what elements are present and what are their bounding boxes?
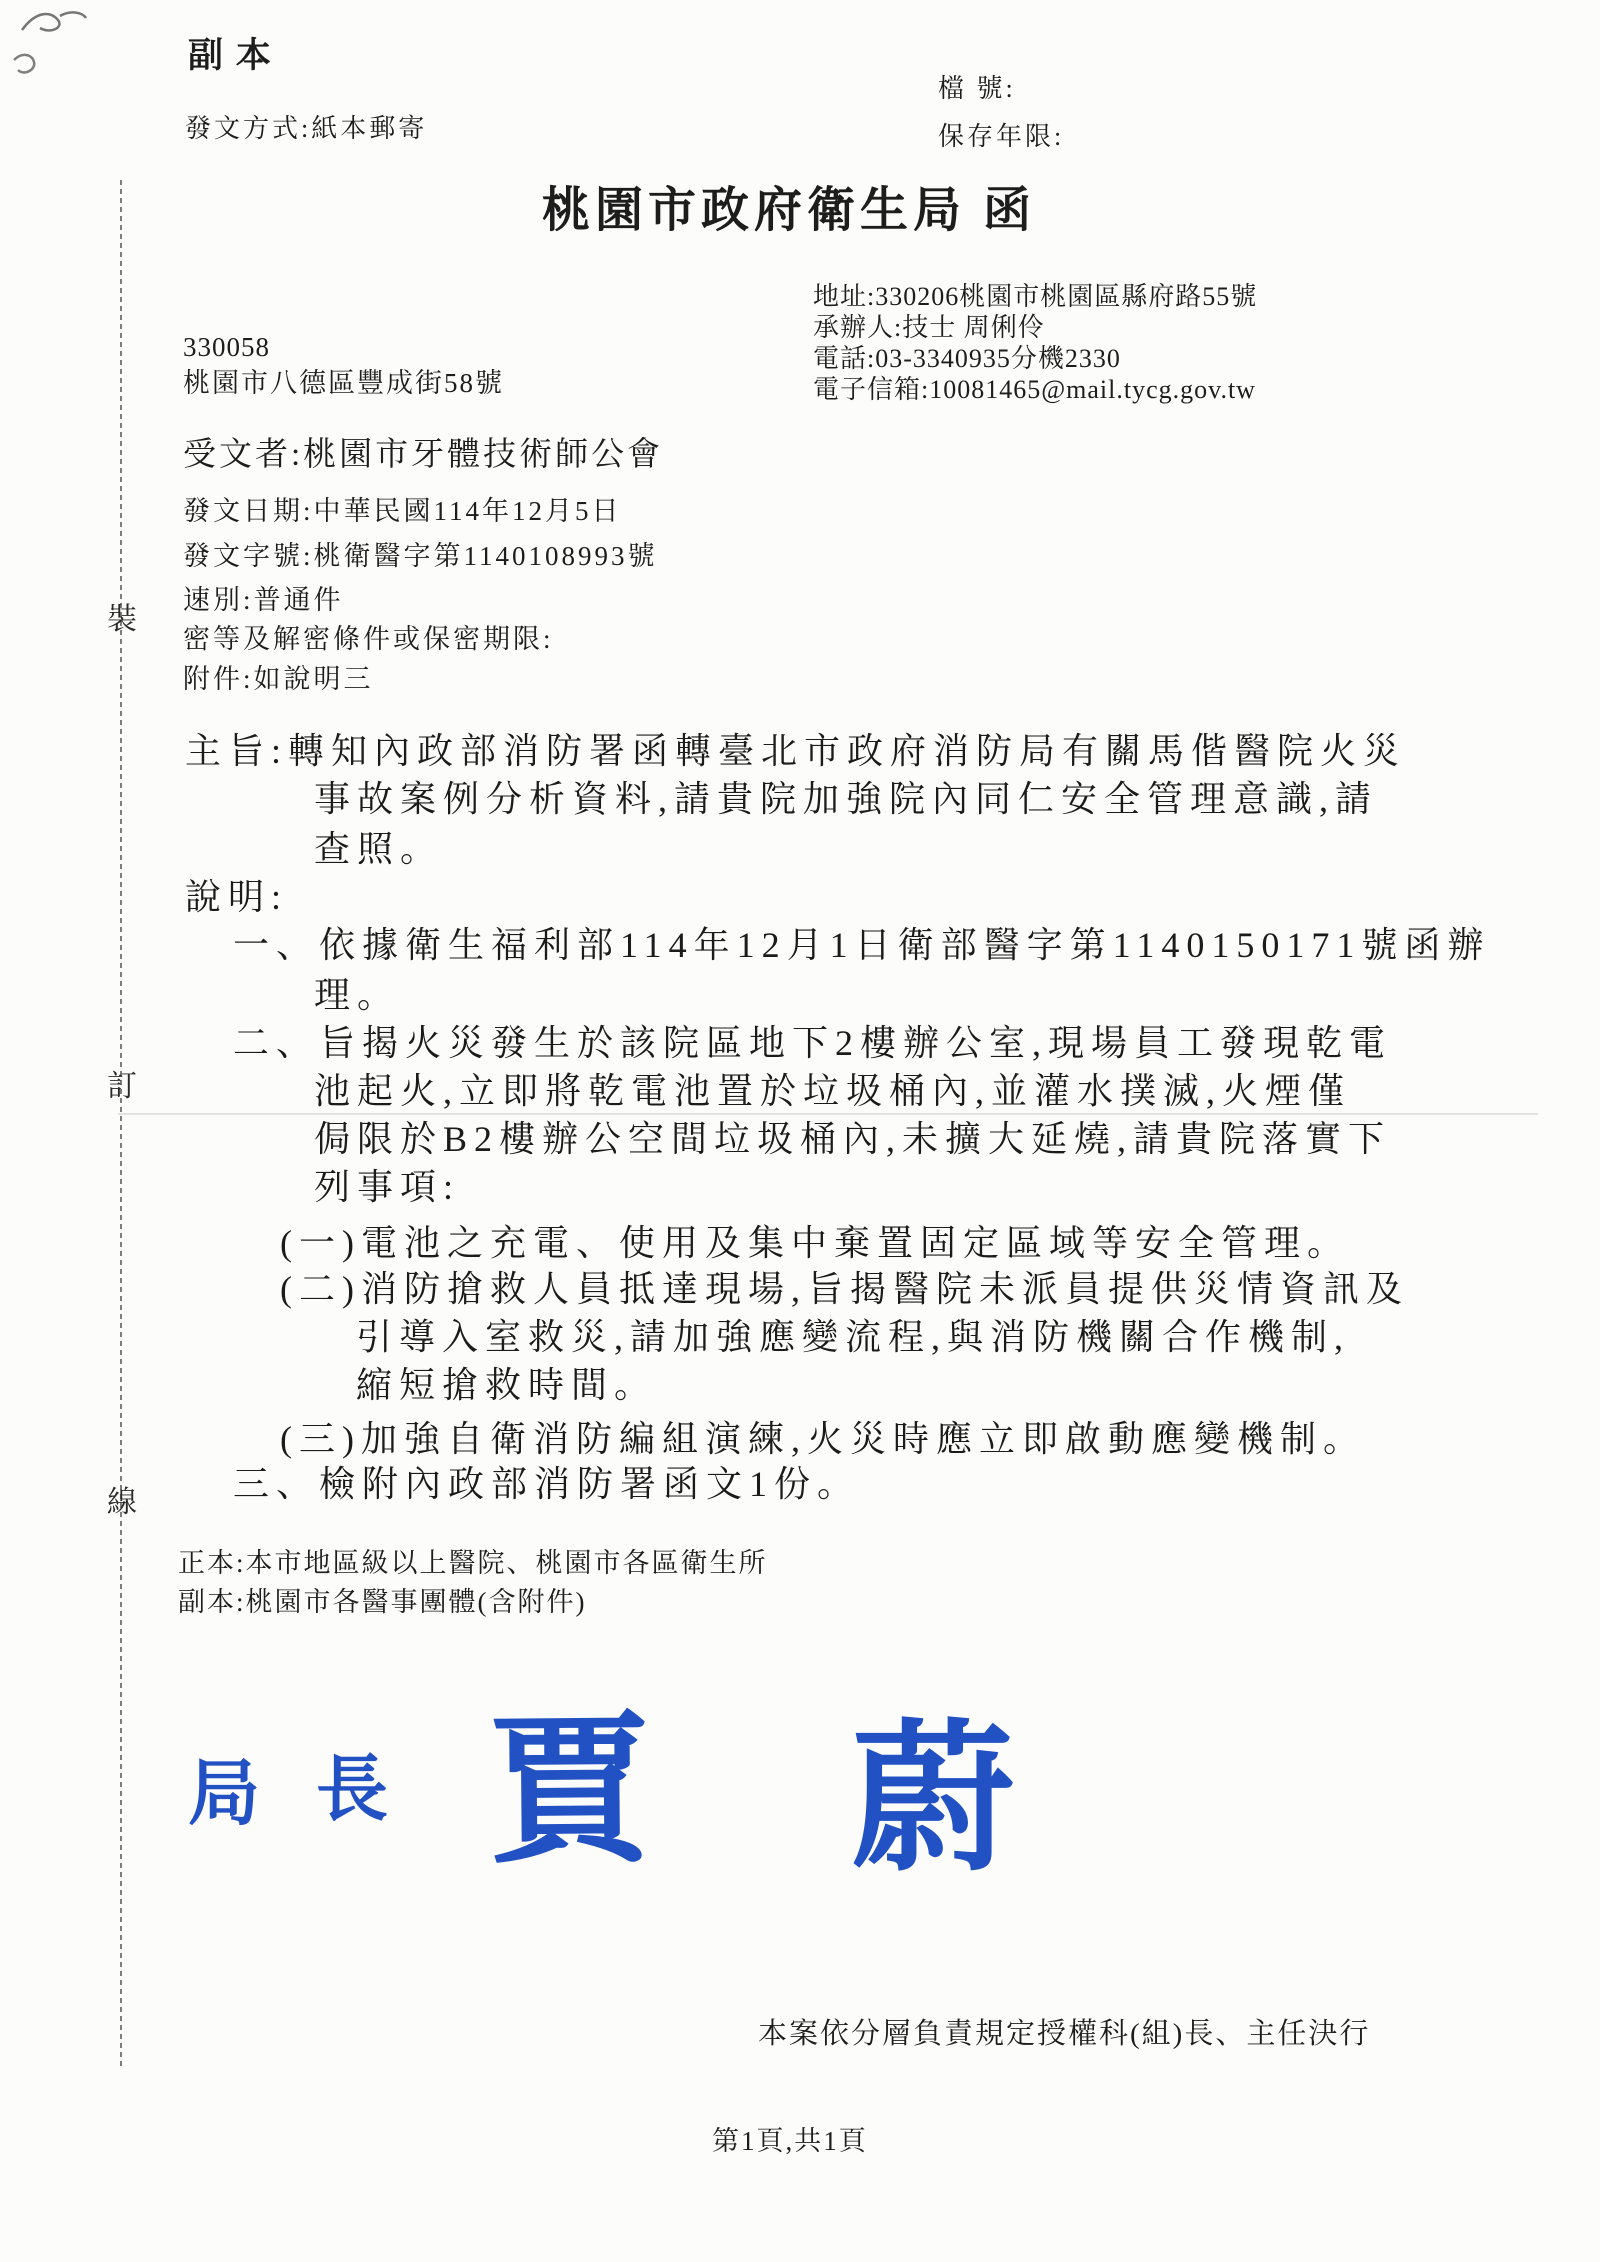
scan-artifact-streak [118,1113,1538,1115]
cc-recipients: 副本:桃園市各醫事團體(含附件) [178,1587,586,1618]
document-number: 發文字號:桃衛醫字第1140108993號 [183,541,658,572]
delivery-method: 發文方式:紙本郵寄 [185,114,427,144]
body-line-explanation-label: 說明: [185,877,288,918]
delegation-note: 本案依分層負責規定授權科(組)長、主任決行 [758,2018,1370,2051]
body-line-subitem3: (三)加強自衛消防編組演練,火災時應立即啟動應變機制。 [280,1419,1366,1460]
body-line-subitem2-2: 引導入室救災,請加強應變流程,與消防機關合作機制, [356,1317,1350,1358]
recipient-street-address: 桃園市八德區豐成街58號 [183,368,504,399]
original-recipients: 正本:本市地區級以上醫院、桃園市各區衛生所 [178,1548,768,1579]
body-line-subject-1: 主旨:轉知內政部消防署函轉臺北市政府消防局有關馬偕醫院火災 [185,731,1406,772]
body-line-item3: 三、檢附內政部消防署函文1份。 [233,1464,860,1505]
scanned-official-letter: 裝 訂 線 副 本 發文方式:紙本郵寄 檔 號: 保存年限: 桃園市政府衛生局 … [0,0,1600,2262]
binding-mark-zhuang: 裝 [105,603,139,638]
body-line-subitem2-1: (二)消防搶救人員抵達現場,旨揭醫院未派員提供災情資訊及 [280,1269,1409,1310]
binding-mark-ding: 訂 [105,1070,139,1105]
file-number-label: 檔 號: [938,74,1016,104]
body-line-item2-2: 池起火,立即將乾電池置於垃圾桶內,並灌水撲滅,火煙僅 [314,1071,1351,1112]
agency-email: 電子信箱:10081465@mail.tycg.gov.tw [813,375,1256,405]
recipient-line: 受文者:桃園市牙體技術師公會 [183,437,663,475]
priority-level: 速別:普通件 [183,585,344,616]
recipient-zip: 330058 [183,332,270,363]
director-name-stamp-char-2: 蔚 [852,1706,1014,1892]
agency-contact-person: 承辦人:技士 周俐伶 [813,313,1045,343]
security-classification: 密等及解密條件或保密期限: [183,624,554,655]
binding-mark-xian: 線 [105,1486,139,1521]
attachment-note: 附件:如說明三 [183,664,374,695]
copy-stamp-label: 副 本 [188,36,273,76]
scan-artifact-mark [10,2,100,87]
agency-address: 地址:330206桃園市桃園區縣府路55號 [813,282,1257,312]
binding-dotted-line [120,180,122,2066]
body-line-subject-3: 查照。 [314,829,443,870]
body-line-subitem2-3: 縮短搶救時間。 [356,1365,657,1406]
retention-period-label: 保存年限: [938,122,1064,152]
document-title: 桃園市政府衛生局 函 [542,183,1036,238]
director-title-char-2: 長 [316,1748,388,1831]
body-line-item2-4: 列事項: [314,1167,460,1208]
body-line-item2-1: 二、旨揭火災發生於該院區地下2樓辦公室,現場員工發現乾電 [233,1023,1392,1064]
issue-date: 發文日期:中華民國114年12月5日 [183,496,622,527]
director-name-stamp-char-1: 賈 [487,1697,651,1885]
body-line-item2-3: 侷限於B2樓辦公空間垃圾桶內,未擴大延燒,請貴院落實下 [314,1119,1391,1160]
director-title-char-1: 局 [188,1752,260,1835]
agency-phone: 電話:03-3340935分機2330 [813,344,1121,374]
body-line-item1-2: 理。 [314,975,400,1016]
body-line-subitem1: (一)電池之充電、使用及集中棄置固定區域等安全管理。 [280,1223,1350,1264]
page-number: 第1頁,共1頁 [712,2126,868,2157]
body-line-subject-2: 事故案例分析資料,請貴院加強院內同仁安全管理意識,請 [314,779,1378,820]
body-line-item1-1: 一、依據衛生福利部114年12月1日衛部醫字第1140150171號函辦 [233,925,1490,966]
